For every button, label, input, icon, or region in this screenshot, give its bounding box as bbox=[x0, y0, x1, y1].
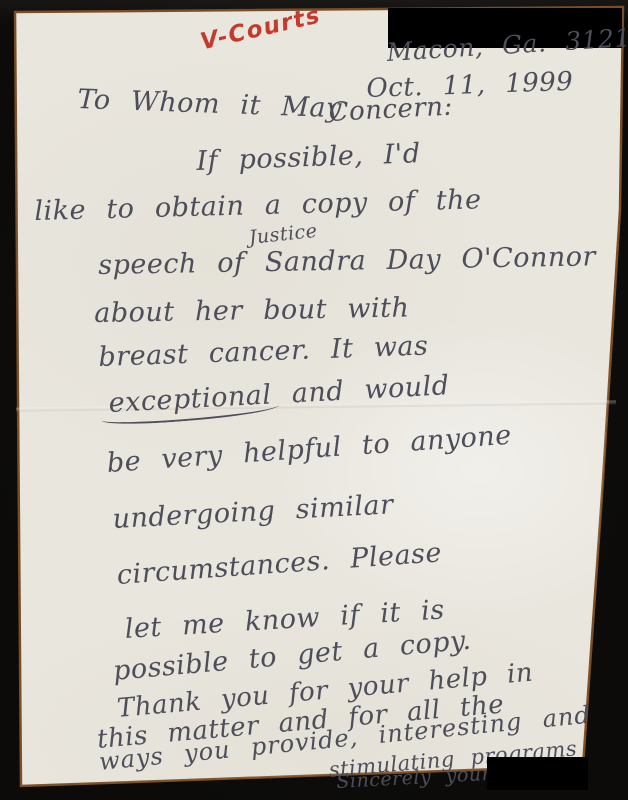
redaction-box-bottom-right bbox=[487, 757, 588, 790]
body-line: about her bout with bbox=[94, 294, 410, 326]
salutation-line-2: Concern: bbox=[328, 94, 453, 126]
body-line: If possible, I'd bbox=[196, 140, 421, 175]
scanned-letter: V-Courts Macon, Ga. 31210 Oct. 11, 1999 … bbox=[0, 0, 628, 800]
